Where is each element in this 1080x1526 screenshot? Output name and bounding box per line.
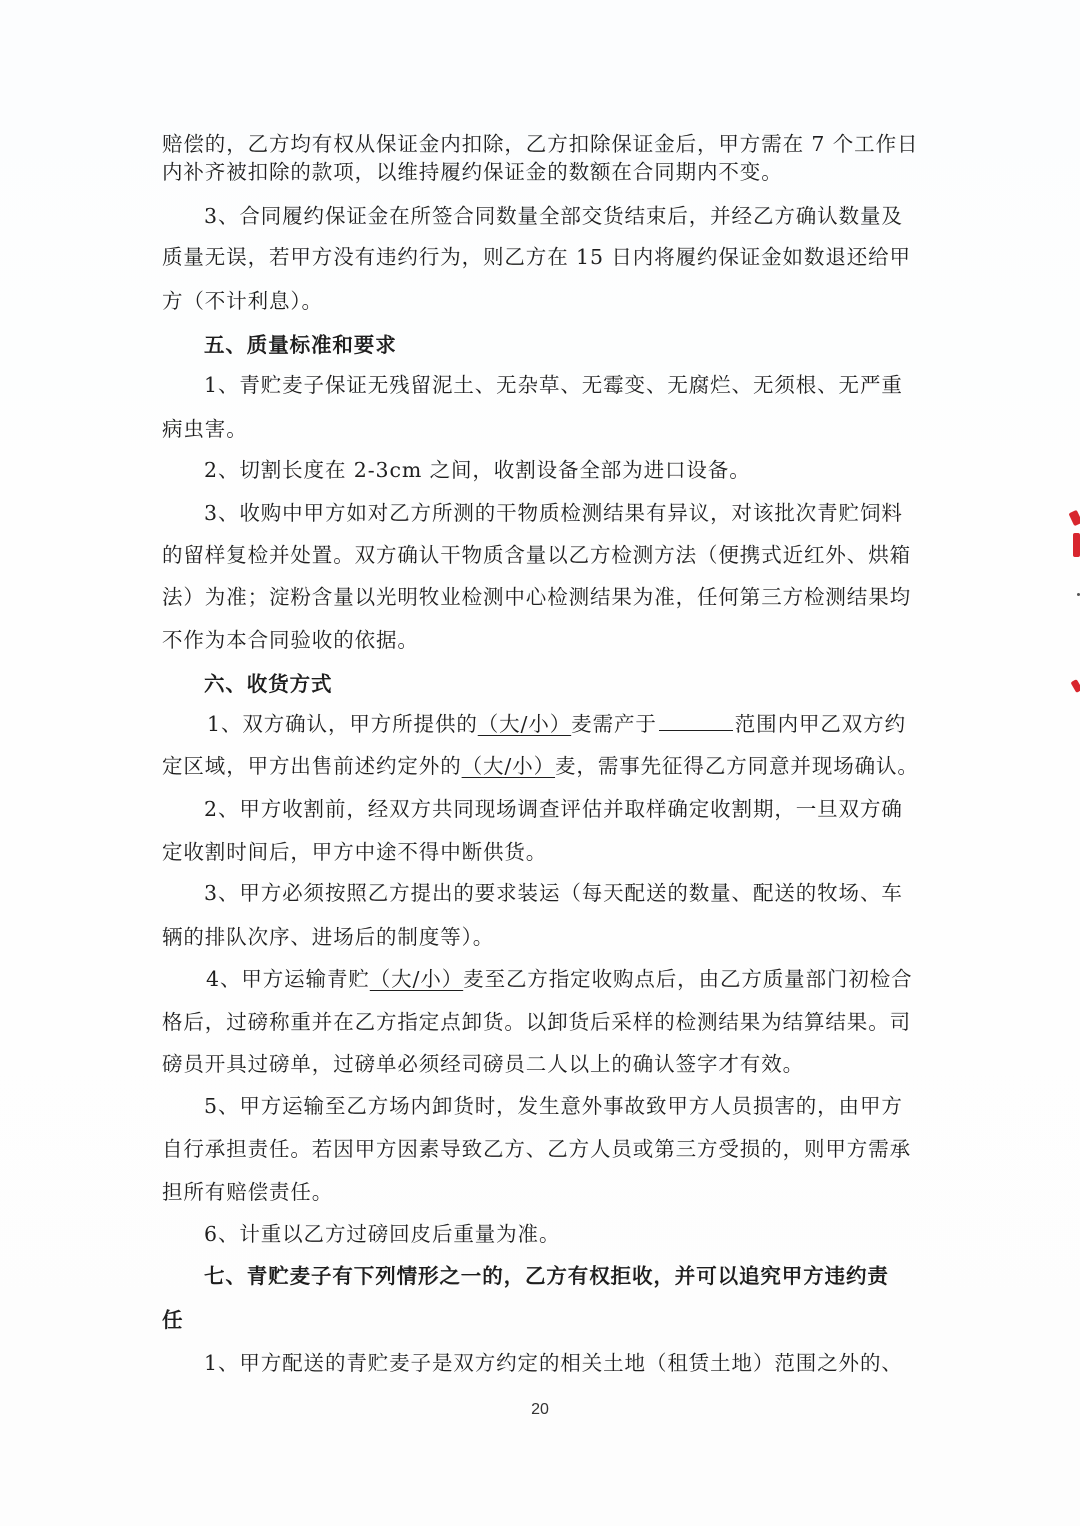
page-number: 20: [0, 1401, 1080, 1419]
delivery-clause-5: 5、甲方运输至乙方场内卸货时，发生意外事故致甲方人员损害的，由甲方: [204, 1092, 914, 1120]
paragraph-line: 法）为准；淀粉含量以光明牧业检测中心检测结果为准，任何第三方检测结果均: [162, 583, 914, 611]
section-heading-rejection: 七、青贮麦子有下列情形之一的，乙方有权拒收，并可以追究甲方违约责: [204, 1262, 914, 1290]
paragraph-line: 格后，过磅称重并在乙方指定点卸货。以卸货后采样的检测结果为结算结果。司: [162, 1008, 914, 1036]
rejection-clause-1: 1、甲方配送的青贮麦子是双方约定的相关土地（租赁土地）范围之外的、: [204, 1349, 914, 1377]
paragraph-line: 质量无误，若甲方没有违约行为，则乙方在 15 日内将履约保证金如数退还给甲: [162, 243, 914, 271]
size-option-underlined: （大/小）: [478, 712, 571, 736]
paragraph-line: 磅员开具过磅单，过磅单必须经司磅员二人以上的确认签字才有效。: [162, 1050, 914, 1078]
paragraph-line: 的留样复检并处置。双方确认干物质含量以乙方检测方法（便携式近红外、烘箱: [162, 541, 914, 569]
paragraph-line: 病虫害。: [162, 415, 914, 443]
text-segment: 麦，需事先征得乙方同意并现场确认。: [555, 754, 919, 778]
paragraph-line: 任: [162, 1306, 914, 1334]
paragraph-line: 定收割时间后，甲方中途不得中断供货。: [162, 838, 914, 866]
clause-3-line: 3、合同履约保证金在所签合同数量全部交货结束后，并经乙方确认数量及: [204, 202, 914, 230]
paragraph-line: 定区域，甲方出售前述约定外的（大/小）麦，需事先征得乙方同意并现场确认。: [162, 752, 914, 780]
delivery-clause-2: 2、甲方收割前，经双方共同现场调查评估并取样确定收割期，一旦双方确: [204, 795, 914, 823]
text-segment: 麦至乙方指定收购点后，由乙方质量部门初检合: [463, 967, 912, 991]
text-segment: 定区域，甲方出售前述约定外的: [162, 754, 462, 778]
delivery-clause-3: 3、甲方必须按照乙方提出的要求装运（每天配送的数量、配送的牧场、车: [204, 879, 914, 907]
text-segment: 1、双方确认，甲方所提供的: [207, 712, 478, 736]
paragraph-line: 内补齐被扣除的款项，以维持履约保证金的数额在合同期内不变。: [162, 158, 914, 186]
text-segment: 4、甲方运输青贮: [206, 967, 370, 991]
fill-in-blank: [659, 712, 733, 731]
delivery-clause-4: 4、甲方运输青贮（大/小）麦至乙方指定收购点后，由乙方质量部门初检合: [206, 965, 916, 993]
quality-clause-2: 2、切割长度在 2-3cm 之间，收割设备全部为进口设备。: [204, 456, 914, 484]
paragraph-line: 方（不计利息）。: [162, 287, 914, 315]
paragraph-line: 自行承担责任。若因甲方因素导致乙方、乙方人员或第三方受损的，则甲方需承: [162, 1135, 914, 1163]
quality-clause-3: 3、收购中甲方如对乙方所测的干物质检测结果有异议，对该批次青贮饲料: [204, 499, 914, 527]
document-page: 赔偿的，乙方均有权从保证金内扣除，乙方扣除保证金后，甲方需在 7 个工作日 内补…: [0, 0, 1080, 1526]
text-segment: 麦需产于: [571, 712, 657, 736]
delivery-clause-1: 1、双方确认，甲方所提供的（大/小）麦需产于范围内甲乙双方约: [207, 710, 917, 738]
paragraph-line: 担所有赔偿责任。: [162, 1178, 914, 1206]
paragraph-line: 辆的排队次序、进场后的制度等）。: [162, 923, 914, 951]
section-heading-delivery: 六、收货方式: [204, 670, 914, 698]
paragraph-line: 赔偿的，乙方均有权从保证金内扣除，乙方扣除保证金后，甲方需在 7 个工作日: [162, 130, 914, 158]
text-segment: 范围内甲乙双方约: [735, 712, 906, 736]
section-heading-quality: 五、质量标准和要求: [204, 331, 914, 359]
size-option-underlined: （大/小）: [370, 967, 463, 991]
size-option-underlined: （大/小）: [462, 754, 555, 778]
quality-clause-1: 1、青贮麦子保证无残留泥土、无杂草、无霉变、无腐烂、无须根、无严重: [204, 371, 914, 399]
delivery-clause-6: 6、计重以乙方过磅回皮后重量为准。: [204, 1220, 914, 1248]
paragraph-line: 不作为本合同验收的依据。: [162, 626, 914, 654]
